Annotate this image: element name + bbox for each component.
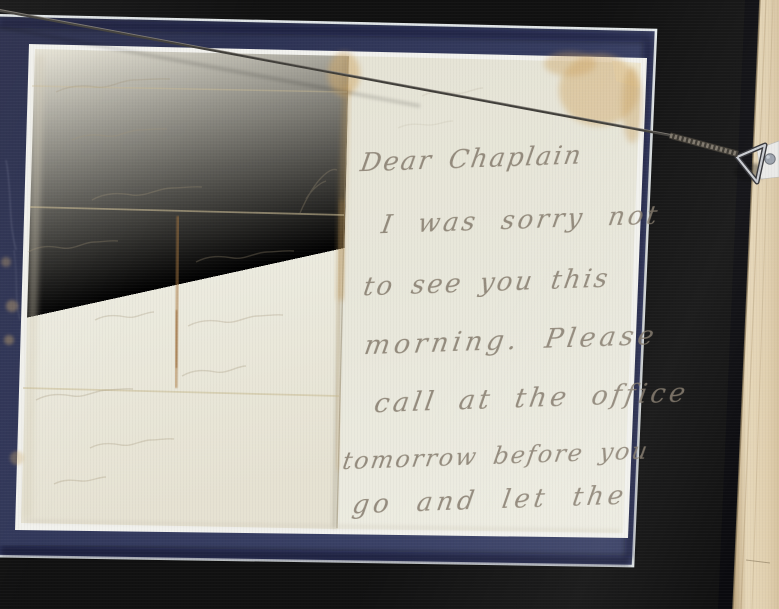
wire-shadow [0, 26, 420, 106]
screw [765, 154, 775, 164]
hanging-wire [0, 8, 738, 154]
framed-letter-photo: Dear Chaplain I was sorry not to see you… [0, 0, 779, 609]
foreground-art [0, 0, 779, 609]
